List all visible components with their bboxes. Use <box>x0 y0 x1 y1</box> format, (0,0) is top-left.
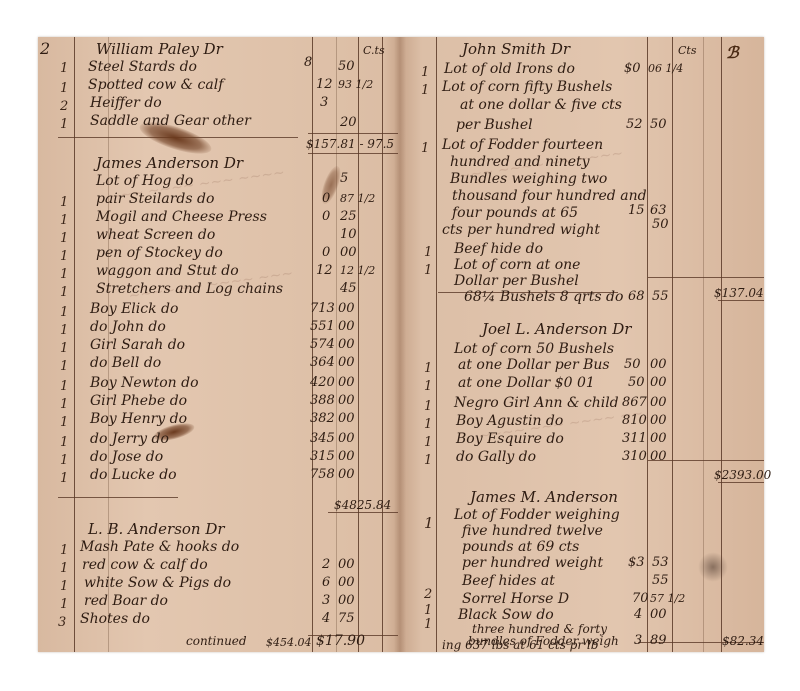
entry-cents: 00 <box>338 449 355 465</box>
entry-cents: 00 <box>338 375 355 391</box>
entry-qty: 1 <box>424 399 432 415</box>
entry-dollars: 315 <box>310 449 335 465</box>
entry-cents: 00 <box>338 301 355 317</box>
entry-cents: 00 <box>338 411 355 427</box>
entry-dollars: 0 <box>322 191 330 207</box>
entry-qty: 1 <box>60 213 68 229</box>
entry-item: four pounds at 65 <box>452 205 578 221</box>
entry-item: Stretchers and Log chains <box>96 281 283 297</box>
entry-qty: 1 <box>421 141 429 157</box>
entry-cents: 5 <box>340 171 348 187</box>
account-total: $4825.84 <box>334 497 391 513</box>
entry-qty: 1 <box>60 305 68 321</box>
entry-item: Lot of Fodder fourteen <box>442 137 603 153</box>
entry-qty: 1 <box>421 65 429 81</box>
entry-dollars: 50 <box>624 357 641 373</box>
continued-note: continued <box>186 633 247 649</box>
cents-column-rule <box>358 37 359 652</box>
entry-item: Spotted cow & calf <box>88 77 223 93</box>
entry-dollars: 420 <box>310 375 335 391</box>
entry-item: do John do <box>90 319 166 335</box>
entry-qty: 1 <box>60 597 68 613</box>
entry-item: at one Dollar $0 01 <box>458 375 595 391</box>
page-number: 2 <box>40 41 50 57</box>
entry-cents: 00 <box>338 431 355 447</box>
entry-cents: 55 <box>652 289 669 305</box>
entry-item: at one dollar & five cts <box>460 97 622 113</box>
entry-item: red cow & calf do <box>82 557 208 573</box>
entry-item: pen of Stockey do <box>96 245 223 261</box>
entry-item: Lot of corn 50 Bushels <box>454 341 614 357</box>
entry-qty: 1 <box>60 415 68 431</box>
entry-cents: 00 <box>338 355 355 371</box>
entry-item: 68¼ Bushels 8 qrts do <box>464 289 623 305</box>
account-total: $2393.00 <box>714 467 771 483</box>
total-rule <box>648 277 764 278</box>
entry-item: Sorrel Horse D <box>462 591 569 607</box>
entry-cents: 00 <box>338 467 355 483</box>
entry-cents: 50 <box>338 59 355 75</box>
entry-item: Lot of Fodder weighing <box>454 507 620 523</box>
entry-item: Lot of corn at one <box>454 257 580 273</box>
entry-item: per Bushel <box>456 117 533 133</box>
entry-dollars: 12 <box>316 263 333 279</box>
entry-item: Lot of corn fifty Bushels <box>442 79 612 95</box>
entry-item: do Bell do <box>90 355 161 371</box>
entry-qty: 1 <box>424 379 432 395</box>
entry-cents: 00 <box>338 575 355 591</box>
cents-column-header: Cts <box>678 43 696 59</box>
entry-dollars: 4 <box>634 607 642 623</box>
entry-dollars: 12 <box>316 77 333 93</box>
entry-qty: 1 <box>421 83 429 99</box>
entry-qty: 1 <box>60 249 68 265</box>
entry-qty: 1 <box>60 543 68 559</box>
entry-qty: 1 <box>60 195 68 211</box>
entry-item: Girl Phebe do <box>90 393 187 409</box>
entry-item: thousand four hundred and <box>452 188 647 204</box>
entry-item: Boy Elick do <box>90 301 178 317</box>
entry-cents: 89 <box>650 633 667 649</box>
margin-rule <box>74 37 75 652</box>
entry-cents: 93 1/2 <box>338 77 373 93</box>
entry-cents: 87 1/2 <box>340 191 375 207</box>
entry-item: Saddle and Gear other <box>90 113 251 129</box>
entry-dollars: 3 <box>320 95 328 111</box>
entry-qty: 1 <box>60 267 68 283</box>
entry-cents: 25 <box>340 209 357 225</box>
entry-dollars: 52 <box>626 117 643 133</box>
entry-cents: 00 <box>650 413 667 429</box>
entry-item: Heiffer do <box>90 95 162 111</box>
entry-item: Boy Agustin do <box>456 413 563 429</box>
margin-rule <box>436 37 437 652</box>
corner-flourish-mark: ℬ <box>726 45 739 61</box>
entry-qty: 1 <box>60 61 68 77</box>
entry-dollars: 0 <box>322 245 330 261</box>
account-divider <box>58 497 178 498</box>
entry-item: Bundles weighing two <box>450 171 607 187</box>
entry-item: ing 637 lbs at 61 cts pr lb <box>442 637 598 653</box>
entry-item: red Boar do <box>84 593 168 609</box>
entry-qty: 1 <box>60 579 68 595</box>
entry-item: Beef hide do <box>454 241 543 257</box>
entry-qty: 1 <box>60 561 68 577</box>
entry-qty: 1 <box>60 435 68 451</box>
entry-qty: 1 <box>60 471 68 487</box>
entry-item: wheat Screen do <box>96 227 215 243</box>
entry-item: at one Dollar per Bus <box>458 357 610 373</box>
account-total: $137.04 <box>714 285 764 301</box>
entry-dollars: 388 <box>310 393 335 409</box>
entry-dollars: 50 <box>628 375 645 391</box>
entry-dollars: 4 <box>322 611 330 627</box>
entry-qty: 2 <box>60 99 68 115</box>
entry-item: Lot of old Irons do <box>444 61 575 77</box>
entry-cents: 00 <box>338 337 355 353</box>
entry-item: cts per hundred wight <box>442 222 600 238</box>
entry-item: Beef hides at <box>462 573 555 589</box>
entry-qty: 1 <box>60 323 68 339</box>
entry-qty: 1 <box>60 231 68 247</box>
entry-dollars: 758 <box>310 467 335 483</box>
entry-dollars: 68 <box>628 289 645 305</box>
entry-cents: 00 <box>650 607 667 623</box>
entry-cents: 00 <box>650 431 667 447</box>
entry-dollars: 867 <box>622 395 647 411</box>
entry-cents: 00 <box>650 357 667 373</box>
entry-dollars: 382 <box>310 411 335 427</box>
entry-item: Mogil and Cheese Press <box>96 209 267 225</box>
continued-amount: $454.04 <box>266 635 312 651</box>
entry-item: do Lucke do <box>90 467 177 483</box>
entry-cents: 00 <box>650 395 667 411</box>
entry-dollars: 345 <box>310 431 335 447</box>
entry-qty: 3 <box>58 615 66 631</box>
entry-qty: 1 <box>60 379 68 395</box>
total-rule <box>308 133 398 134</box>
entry-cents: 75 <box>338 611 355 627</box>
entry-item: do Jose do <box>90 449 163 465</box>
account-name: James M. Anderson <box>470 489 618 505</box>
entry-cents: 00 <box>338 319 355 335</box>
entry-item: five hundred twelve <box>462 523 603 539</box>
entry-item: Boy Esquire do <box>456 431 564 447</box>
entry-dollars: 310 <box>622 449 647 465</box>
entry-item: Shotes do <box>80 611 150 627</box>
entry-cents: 12 1/2 <box>340 263 375 279</box>
entry-cents: 00 <box>338 393 355 409</box>
entry-dollars: 574 <box>310 337 335 353</box>
entry-cents: 00 <box>650 375 667 391</box>
account-name: Joel L. Anderson Dr <box>482 321 631 337</box>
entry-dollars: $0 <box>624 61 641 77</box>
entry-cents: 00 <box>340 245 357 261</box>
entry-cents: 00 <box>650 449 667 465</box>
entry-qty: 1 <box>424 515 434 531</box>
entry-qty: 1 <box>60 117 68 133</box>
entry-qty: 1 <box>60 397 68 413</box>
entry-item: Boy Henry do <box>90 411 187 427</box>
account-total: $157.81 - 97.5 <box>306 136 394 152</box>
entry-cents: 57 1/2 <box>650 591 685 607</box>
entry-item: Mash Pate & hooks do <box>80 539 239 555</box>
entry-qty: 1 <box>424 417 432 433</box>
entry-dollars: 15 <box>628 203 645 219</box>
entry-dollars: 0 <box>322 209 330 225</box>
account-total: $82.34 <box>722 633 764 649</box>
dollar-column-rule <box>647 37 648 652</box>
smudge <box>698 552 728 582</box>
entry-cents: 06 1/4 <box>648 61 683 77</box>
entry-item: hundred and ninety <box>450 154 590 170</box>
entry-cents: 00 <box>338 557 355 573</box>
entry-item: Dollar per Bushel <box>454 273 579 289</box>
account-total: $17.90 <box>316 633 365 649</box>
entry-cents: 45 <box>340 281 357 297</box>
faint-rule <box>336 37 337 652</box>
ledger-spread: ~~~ ~~~~ ~~~ ~~~~ ~~~~ ~~ ~~~~ ~~~ ~~~ ~… <box>38 37 764 652</box>
entry-dollars: 8 <box>304 55 312 71</box>
entry-item: Lot of Hog do <box>96 173 193 189</box>
entry-item: white Sow & Pigs do <box>84 575 231 591</box>
entry-dollars: 364 <box>310 355 335 371</box>
entry-qty: 1 <box>60 453 68 469</box>
entry-qty: 2 <box>424 587 432 603</box>
entry-item: pounds at 69 cts <box>462 539 579 555</box>
entry-qty: 1 <box>424 361 432 377</box>
entry-dollars: 713 <box>310 301 335 317</box>
account-name: L. B. Anderson Dr <box>88 521 225 537</box>
entry-cents: 53 <box>652 555 669 571</box>
entry-dollars: 2 <box>322 557 330 573</box>
entry-dollars: 3 <box>322 593 330 609</box>
entry-dollars: 810 <box>622 413 647 429</box>
book-gutter <box>394 37 406 652</box>
entry-dollars: 3 <box>634 633 642 649</box>
entry-dollars: $3 <box>628 555 645 571</box>
entry-qty: 1 <box>60 341 68 357</box>
entry-qty: 1 <box>424 453 432 469</box>
entry-qty: 1 <box>60 81 68 97</box>
entry-item: Steel Stards do <box>88 59 197 75</box>
entry-qty: 1 <box>424 263 432 279</box>
entry-dollars: 70 <box>632 591 649 607</box>
entry-item: do Gally do <box>456 449 536 465</box>
entry-item: Negro Girl Ann & child <box>454 395 619 411</box>
entry-cents: 10 <box>340 227 357 243</box>
entry-qty: 1 <box>424 435 432 451</box>
entry-cents: 00 <box>338 593 355 609</box>
entry-item: Girl Sarah do <box>90 337 185 353</box>
entry-qty: 1 <box>60 359 68 375</box>
entry-cents: 50 <box>650 117 667 133</box>
entry-dollars: 6 <box>322 575 330 591</box>
account-name: John Smith Dr <box>462 41 570 57</box>
entry-cents: 20 <box>340 115 357 131</box>
entry-qty: 1 <box>424 245 432 261</box>
entry-item: waggon and Stut do <box>96 263 239 279</box>
cents-column-rule <box>672 37 673 652</box>
entry-cents: 55 <box>652 573 669 589</box>
entry-item: pair Steilards do <box>96 191 214 207</box>
entry-qty: 1 <box>60 285 68 301</box>
entry-cents: 50 <box>652 217 669 233</box>
account-name: James Anderson Dr <box>96 155 243 171</box>
entry-item: per hundred weight <box>462 555 603 571</box>
entry-dollars: 551 <box>310 319 335 335</box>
total-rule <box>308 153 398 154</box>
total-column-rule <box>382 37 383 652</box>
account-name: William Paley Dr <box>96 41 223 57</box>
entry-item: Boy Newton do <box>90 375 199 391</box>
entry-dollars: 311 <box>622 431 647 447</box>
cents-column-header: C.ts <box>363 43 385 59</box>
entry-item: do Jerry do <box>90 431 169 447</box>
entry-qty: 1 <box>424 617 432 633</box>
